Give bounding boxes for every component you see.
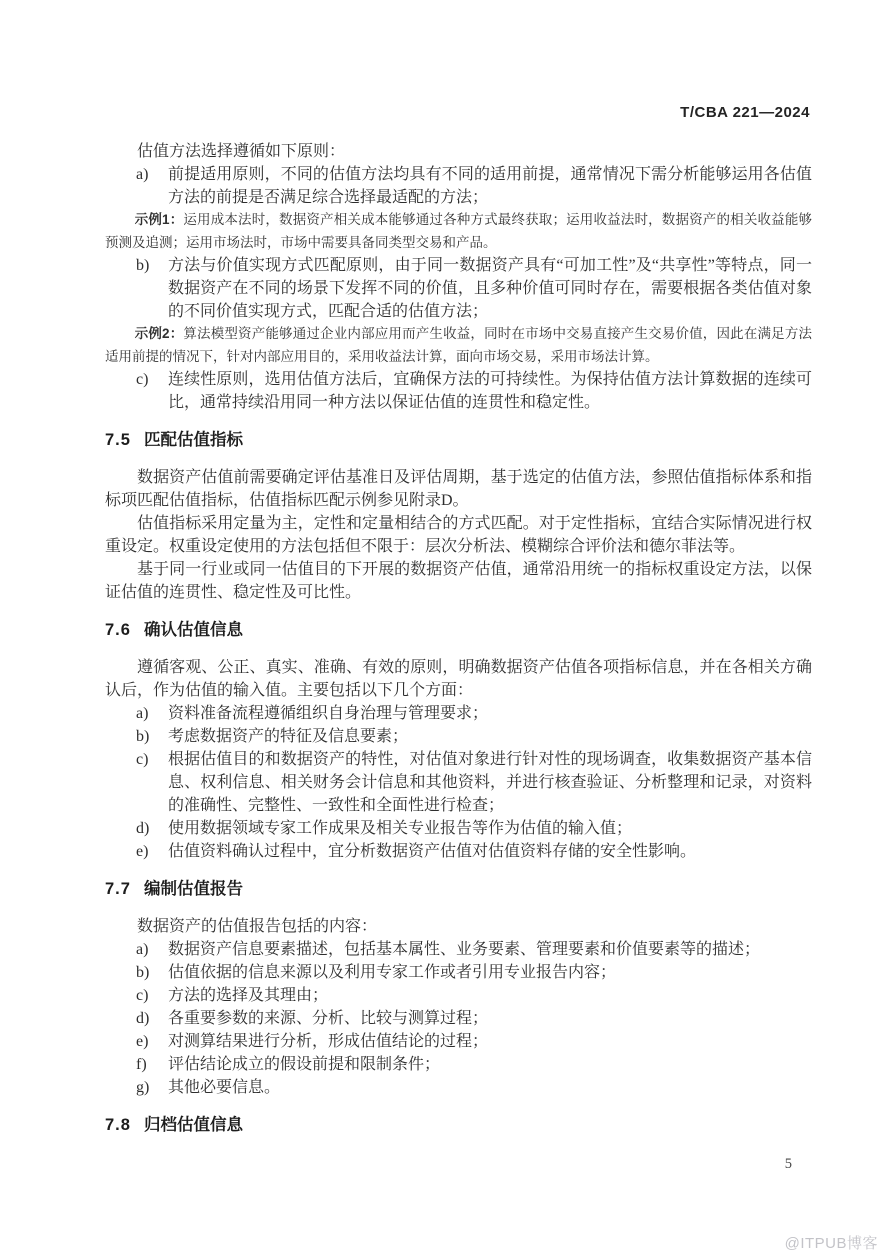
list-item: d)使用数据领域专家工作成果及相关专业报告等作为估值的输入值； <box>105 817 812 840</box>
list-item-label: g) <box>105 1076 168 1099</box>
list-item: a)资料准备流程遵循组织自身治理与管理要求； <box>105 702 812 725</box>
list-item-label: b) <box>105 254 168 323</box>
list-item-text: 估值依据的信息来源以及利用专家工作或者引用专业报告内容； <box>168 961 812 984</box>
list-item-label: b) <box>105 961 168 984</box>
list-item: e)估值资料确认过程中，宜分析数据资产估值对估值资料存储的安全性影响。 <box>105 840 812 863</box>
section-heading: 7.5匹配估值指标 <box>105 429 812 452</box>
paragraph: 数据资产的估值报告包括的内容： <box>105 915 812 938</box>
list-item-text: 各重要参数的来源、分析、比较与测算过程； <box>168 1007 812 1030</box>
example-note: 示例2：算法模型资产能够通过企业内部应用而产生收益，同时在市场中交易直接产生交易… <box>105 323 812 368</box>
page-number: 5 <box>785 1156 792 1173</box>
list-item-label: a) <box>105 163 168 209</box>
section-number: 7.8 <box>105 1114 131 1137</box>
list-item-text: 方法的选择及其理由； <box>168 984 812 1007</box>
list-item-label: e) <box>105 1030 168 1053</box>
list-item: c)根据估值目的和数据资产的特性，对估值对象进行针对性的现场调查，收集数据资产基… <box>105 748 812 817</box>
section-number: 7.6 <box>105 619 131 642</box>
paragraph: 数据资产估值前需要确定评估基准日及评估周期，基于选定的估值方法，参照估值指标体系… <box>105 466 812 512</box>
paragraph: 遵循客观、公正、真实、准确、有效的原则，明确数据资产估值各项指标信息，并在各相关… <box>105 656 812 702</box>
list-item-text: 数据资产信息要素描述，包括基本属性、业务要素、管理要素和价值要素等的描述； <box>168 938 812 961</box>
list-item: b)方法与价值实现方式匹配原则，由于同一数据资产具有“可加工性”及“共享性”等特… <box>105 254 812 323</box>
paragraph: 估值方法选择遵循如下原则： <box>105 140 812 163</box>
list-item-text: 根据估值目的和数据资产的特性，对估值对象进行针对性的现场调查，收集数据资产基本信… <box>168 748 812 817</box>
list-item-label: e) <box>105 840 168 863</box>
list-item-text: 方法与价值实现方式匹配原则，由于同一数据资产具有“可加工性”及“共享性”等特点，… <box>168 254 812 323</box>
section-title: 确认估值信息 <box>144 619 243 642</box>
list-item-label: c) <box>105 368 168 414</box>
list-item-text: 考虑数据资产的特征及信息要素； <box>168 725 812 748</box>
watermark-text: @ITPUB博客 <box>785 1232 878 1253</box>
paragraph: 基于同一行业或同一估值目的下开展的数据资产估值，通常沿用统一的指标权重设定方法，… <box>105 558 812 604</box>
list-item-text: 估值资料确认过程中，宜分析数据资产估值对估值资料存储的安全性影响。 <box>168 840 812 863</box>
example-note-label: 示例1： <box>135 212 184 227</box>
list-item: b)估值依据的信息来源以及利用专家工作或者引用专业报告内容； <box>105 961 812 984</box>
list-item-label: b) <box>105 725 168 748</box>
list-item-text: 使用数据领域专家工作成果及相关专业报告等作为估值的输入值； <box>168 817 812 840</box>
section-heading: 7.8归档估值信息 <box>105 1114 812 1137</box>
list-item-text: 对测算结果进行分析，形成估值结论的过程； <box>168 1030 812 1053</box>
list-item: c)连续性原则，选用估值方法后，宜确保方法的可持续性。为保持估值方法计算数据的连… <box>105 368 812 414</box>
list-item: a)前提适用原则，不同的估值方法均具有不同的适用前提，通常情况下需分析能够运用各… <box>105 163 812 209</box>
list-item-label: c) <box>105 748 168 817</box>
list-item: a)数据资产信息要素描述，包括基本属性、业务要素、管理要素和价值要素等的描述； <box>105 938 812 961</box>
list-item-label: f) <box>105 1053 168 1076</box>
list-item: b)考虑数据资产的特征及信息要素； <box>105 725 812 748</box>
document-content: 估值方法选择遵循如下原则：a)前提适用原则，不同的估值方法均具有不同的适用前提，… <box>105 140 812 1151</box>
example-note-text: 算法模型资产能够通过企业内部应用而产生收益，同时在市场中交易直接产生交易价值，因… <box>105 326 812 364</box>
section-title: 匹配估值指标 <box>144 429 243 452</box>
list-item-label: a) <box>105 702 168 725</box>
section-number: 7.7 <box>105 878 131 901</box>
list-item-label: a) <box>105 938 168 961</box>
list-item: c)方法的选择及其理由； <box>105 984 812 1007</box>
list-item-text: 评估结论成立的假设前提和限制条件； <box>168 1053 812 1076</box>
list-item-text: 其他必要信息。 <box>168 1076 812 1099</box>
section-number: 7.5 <box>105 429 131 452</box>
section-heading: 7.7编制估值报告 <box>105 878 812 901</box>
list-item: d)各重要参数的来源、分析、比较与测算过程； <box>105 1007 812 1030</box>
example-note-text: 运用成本法时，数据资产相关成本能够通过各种方式最终获取；运用收益法时，数据资产的… <box>105 212 812 250</box>
section-title: 编制估值报告 <box>144 878 243 901</box>
list-item: f)评估结论成立的假设前提和限制条件； <box>105 1053 812 1076</box>
section-heading: 7.6确认估值信息 <box>105 619 812 642</box>
example-note: 示例1：运用成本法时，数据资产相关成本能够通过各种方式最终获取；运用收益法时，数… <box>105 209 812 254</box>
document-page: T/CBA 221—2024 估值方法选择遵循如下原则：a)前提适用原则，不同的… <box>0 0 890 1258</box>
list-item-label: d) <box>105 817 168 840</box>
paragraph: 估值指标采用定量为主，定性和定量相结合的方式匹配。对于定性指标，宜结合实际情况进… <box>105 512 812 558</box>
list-item-label: c) <box>105 984 168 1007</box>
list-item-label: d) <box>105 1007 168 1030</box>
list-item: g)其他必要信息。 <box>105 1076 812 1099</box>
list-item: e)对测算结果进行分析，形成估值结论的过程； <box>105 1030 812 1053</box>
list-item-text: 连续性原则，选用估值方法后，宜确保方法的可持续性。为保持估值方法计算数据的连续可… <box>168 368 812 414</box>
list-item-text: 资料准备流程遵循组织自身治理与管理要求； <box>168 702 812 725</box>
standard-number-header: T/CBA 221—2024 <box>680 104 810 121</box>
section-title: 归档估值信息 <box>144 1114 243 1137</box>
list-item-text: 前提适用原则，不同的估值方法均具有不同的适用前提，通常情况下需分析能够运用各估值… <box>168 163 812 209</box>
example-note-label: 示例2： <box>135 326 184 341</box>
